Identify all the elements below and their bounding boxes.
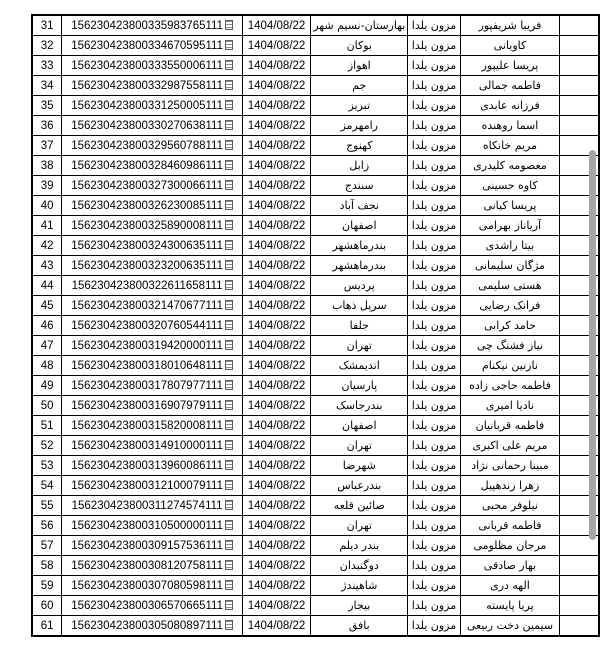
row-number-cell: 37 — [32, 136, 62, 156]
row-number-cell: 46 — [32, 316, 62, 336]
row-number-cell: 52 — [32, 436, 62, 456]
row-number-cell: 53 — [32, 456, 62, 476]
brand-cell: مزون یلدا — [408, 136, 460, 156]
unknown-glyph-icon — [225, 100, 233, 110]
date-cell: 1404/08/22 — [242, 576, 310, 596]
table-row: 37 156230423800329560788111 1404/08/22 ک… — [32, 136, 599, 156]
brand-cell: مزون یلدا — [408, 15, 460, 36]
date-cell: 1404/08/22 — [242, 136, 310, 156]
tracking-id-cell: 156230423800311274574111 — [62, 496, 243, 516]
unknown-glyph-icon — [225, 480, 233, 490]
city-cell: بوکان — [311, 36, 408, 56]
name-cell: نیاز فشنگ چی — [460, 336, 560, 356]
city-cell: اندیمشک — [311, 356, 408, 376]
table-row: 52 156230423800314910000111 1404/08/22 ت… — [32, 436, 599, 456]
tracking-id-cell: 156230423800309157536111 — [62, 536, 243, 556]
unknown-glyph-icon — [225, 220, 233, 230]
row-number-cell: 50 — [32, 396, 62, 416]
date-cell: 1404/08/22 — [242, 236, 310, 256]
name-cell: فاطمه جمالی — [460, 76, 560, 96]
row-number-cell: 45 — [32, 296, 62, 316]
city-cell: تبریز — [311, 96, 408, 116]
date-cell: 1404/08/22 — [242, 496, 310, 516]
unknown-glyph-icon — [225, 500, 233, 510]
city-cell: بندرماهشهر — [311, 236, 408, 256]
unknown-glyph-icon — [225, 360, 233, 370]
row-number-cell: 55 — [32, 496, 62, 516]
name-cell: نادیا امیری — [460, 396, 560, 416]
table-row: 47 156230423800319420000111 1404/08/22 ت… — [32, 336, 599, 356]
city-cell: بندرماهشهر — [311, 256, 408, 276]
unknown-glyph-icon — [225, 240, 233, 250]
brand-cell: مزون یلدا — [408, 256, 460, 276]
unknown-glyph-icon — [225, 440, 233, 450]
unknown-glyph-icon — [225, 20, 233, 30]
name-cell: فاطمه قربانی — [460, 516, 560, 536]
extra-cell — [560, 576, 599, 596]
name-cell: فرزانه عابدی — [460, 96, 560, 116]
row-number-cell: 58 — [32, 556, 62, 576]
tracking-id-cell: 156230423800315820008111 — [62, 416, 243, 436]
row-number-cell: 35 — [32, 96, 62, 116]
tracking-id-cell: 156230423800310500000111 — [62, 516, 243, 536]
unknown-glyph-icon — [225, 160, 233, 170]
unknown-glyph-icon — [225, 280, 233, 290]
unknown-glyph-icon — [225, 460, 233, 470]
name-cell: مریم خانکاه — [460, 136, 560, 156]
name-cell: نازنین نیکنام — [460, 356, 560, 376]
name-cell: الهه دری — [460, 576, 560, 596]
row-number-cell: 44 — [32, 276, 62, 296]
date-cell: 1404/08/22 — [242, 456, 310, 476]
tracking-id-cell: 156230423800307080598111 — [62, 576, 243, 596]
city-cell: سنندج — [311, 176, 408, 196]
date-cell: 1404/08/22 — [242, 276, 310, 296]
date-cell: 1404/08/22 — [242, 616, 310, 637]
date-cell: 1404/08/22 — [242, 516, 310, 536]
city-cell: بندرجاسک — [311, 396, 408, 416]
brand-cell: مزون یلدا — [408, 56, 460, 76]
table-row: 44 156230423800322611658111 1404/08/22 پ… — [32, 276, 599, 296]
brand-cell: مزون یلدا — [408, 516, 460, 536]
brand-cell: مزون یلدا — [408, 356, 460, 376]
row-number-cell: 59 — [32, 576, 62, 596]
table-row: 35 156230423800331250005111 1404/08/22 ت… — [32, 96, 599, 116]
tracking-id-cell: 156230423800313960086111 — [62, 456, 243, 476]
unknown-glyph-icon — [225, 120, 233, 130]
tracking-id-cell: 156230423800332987558111 — [62, 76, 243, 96]
table-row: 55 156230423800311274574111 1404/08/22 ص… — [32, 496, 599, 516]
extra-cell — [560, 556, 599, 576]
row-number-cell: 43 — [32, 256, 62, 276]
unknown-glyph-icon — [225, 420, 233, 430]
unknown-glyph-icon — [225, 580, 233, 590]
city-cell: شاهیندژ — [311, 576, 408, 596]
row-number-cell: 57 — [32, 536, 62, 556]
unknown-glyph-icon — [225, 340, 233, 350]
table-row: 60 156230423800306570665111 1404/08/22 ب… — [32, 596, 599, 616]
table-row: 39 156230423800327300066111 1404/08/22 س… — [32, 176, 599, 196]
city-cell: جلفا — [311, 316, 408, 336]
name-cell: حامد کرابی — [460, 316, 560, 336]
name-cell: کاوه حسینی — [460, 176, 560, 196]
brand-cell: مزون یلدا — [408, 396, 460, 416]
brand-cell: مزون یلدا — [408, 476, 460, 496]
brand-cell: مزون یلدا — [408, 196, 460, 216]
table-row: 49 156230423800317807977111 1404/08/22 پ… — [32, 376, 599, 396]
date-cell: 1404/08/22 — [242, 536, 310, 556]
tracking-id-cell: 156230423800320760544111 — [62, 316, 243, 336]
extra-cell — [560, 616, 599, 637]
row-number-cell: 51 — [32, 416, 62, 436]
unknown-glyph-icon — [225, 180, 233, 190]
tracking-id-cell: 156230423800327300066111 — [62, 176, 243, 196]
row-number-cell: 61 — [32, 616, 62, 637]
unknown-glyph-icon — [225, 40, 233, 50]
date-cell: 1404/08/22 — [242, 156, 310, 176]
brand-cell: مزون یلدا — [408, 536, 460, 556]
row-number-cell: 34 — [32, 76, 62, 96]
date-cell: 1404/08/22 — [242, 56, 310, 76]
name-cell: کاویانی — [460, 36, 560, 56]
city-cell: نجف آباد — [311, 196, 408, 216]
tracking-id-cell: 156230423800331250005111 — [62, 96, 243, 116]
row-number-cell: 47 — [32, 336, 62, 356]
city-cell: سرپل ذهاب — [311, 296, 408, 316]
tracking-id-cell: 156230423800317807977111 — [62, 376, 243, 396]
unknown-glyph-icon — [225, 200, 233, 210]
table-row: 38 156230423800328460986111 1404/08/22 ز… — [32, 156, 599, 176]
table-row: 32 156230423800334670595111 1404/08/22 ب… — [32, 36, 599, 56]
name-cell: زهرا زندهپیل — [460, 476, 560, 496]
city-cell: دوگنبدان — [311, 556, 408, 576]
name-cell: معصومه کلیدری — [460, 156, 560, 176]
name-cell: مرجان مظلومی — [460, 536, 560, 556]
unknown-glyph-icon — [225, 560, 233, 570]
name-cell: بیتا راشدی — [460, 236, 560, 256]
tracking-id-cell: 156230423800328460986111 — [62, 156, 243, 176]
tracking-id-cell: 156230423800319420000111 — [62, 336, 243, 356]
row-number-cell: 42 — [32, 236, 62, 256]
brand-cell: مزون یلدا — [408, 436, 460, 456]
city-cell: اصفهان — [311, 216, 408, 236]
row-number-cell: 31 — [32, 15, 62, 36]
unknown-glyph-icon — [225, 140, 233, 150]
extra-cell — [560, 56, 599, 76]
table-row: 34 156230423800332987558111 1404/08/22 ج… — [32, 76, 599, 96]
name-cell: پریسا علیپور — [460, 56, 560, 76]
date-cell: 1404/08/22 — [242, 216, 310, 236]
name-cell: اسما روهنده — [460, 116, 560, 136]
row-number-cell: 54 — [32, 476, 62, 496]
tracking-id-cell: 156230423800306570665111 — [62, 596, 243, 616]
date-cell: 1404/08/22 — [242, 196, 310, 216]
table-row: 53 156230423800313960086111 1404/08/22 ش… — [32, 456, 599, 476]
date-cell: 1404/08/22 — [242, 15, 310, 36]
table-row: 57 156230423800309157536111 1404/08/22 ب… — [32, 536, 599, 556]
tracking-id-cell: 156230423800333550006111 — [62, 56, 243, 76]
city-cell: بافق — [311, 616, 408, 637]
city-cell: پردیس — [311, 276, 408, 296]
date-cell: 1404/08/22 — [242, 336, 310, 356]
tracking-id-cell: 156230423800323200635111 — [62, 256, 243, 276]
row-number-cell: 33 — [32, 56, 62, 76]
unknown-glyph-icon — [225, 380, 233, 390]
brand-cell: مزون یلدا — [408, 496, 460, 516]
row-number-cell: 32 — [32, 36, 62, 56]
table-row: 31 156230423800335983765111 1404/08/22 ب… — [32, 15, 599, 36]
tracking-id-cell: 156230423800329560788111 — [62, 136, 243, 156]
brand-cell: مزون یلدا — [408, 96, 460, 116]
records-table-wrap: 31 156230423800335983765111 1404/08/22 ب… — [31, 14, 600, 637]
unknown-glyph-icon — [225, 60, 233, 70]
brand-cell: مزون یلدا — [408, 176, 460, 196]
date-cell: 1404/08/22 — [242, 256, 310, 276]
table-row: 48 156230423800318010648111 1404/08/22 ا… — [32, 356, 599, 376]
brand-cell: مزون یلدا — [408, 116, 460, 136]
extra-cell — [560, 96, 599, 116]
extra-cell — [560, 36, 599, 56]
table-row: 42 156230423800324300635111 1404/08/22 ب… — [32, 236, 599, 256]
city-cell: تهران — [311, 336, 408, 356]
name-cell: بهار صادقی — [460, 556, 560, 576]
city-cell: کهنوج — [311, 136, 408, 156]
tracking-id-cell: 156230423800334670595111 — [62, 36, 243, 56]
tracking-id-cell: 156230423800335983765111 — [62, 15, 243, 36]
brand-cell: مزون یلدا — [408, 36, 460, 56]
extra-cell — [560, 76, 599, 96]
table-row: 58 156230423800308120758111 1404/08/22 د… — [32, 556, 599, 576]
city-cell: جم — [311, 76, 408, 96]
extra-cell — [560, 596, 599, 616]
table-row: 43 156230423800323200635111 1404/08/22 ب… — [32, 256, 599, 276]
date-cell: 1404/08/22 — [242, 416, 310, 436]
unknown-glyph-icon — [225, 80, 233, 90]
name-cell: هستی سلیمی — [460, 276, 560, 296]
tracking-id-cell: 156230423800322611658111 — [62, 276, 243, 296]
unknown-glyph-icon — [225, 400, 233, 410]
city-cell: صائین قلعه — [311, 496, 408, 516]
table-row: 40 156230423800326230085111 1404/08/22 ن… — [32, 196, 599, 216]
city-cell: اهواز — [311, 56, 408, 76]
row-number-cell: 49 — [32, 376, 62, 396]
date-cell: 1404/08/22 — [242, 376, 310, 396]
city-cell: بندرعباس — [311, 476, 408, 496]
brand-cell: مزون یلدا — [408, 76, 460, 96]
tracking-id-cell: 156230423800316907979111 — [62, 396, 243, 416]
brand-cell: مزون یلدا — [408, 376, 460, 396]
city-cell: پارسیان — [311, 376, 408, 396]
row-number-cell: 41 — [32, 216, 62, 236]
row-number-cell: 48 — [32, 356, 62, 376]
name-cell: سیمین دخت ربیعی — [460, 616, 560, 637]
date-cell: 1404/08/22 — [242, 596, 310, 616]
city-cell: اصفهان — [311, 416, 408, 436]
unknown-glyph-icon — [225, 600, 233, 610]
name-cell: مژگان سلیمانی — [460, 256, 560, 276]
city-cell: بندر دیلم — [311, 536, 408, 556]
brand-cell: مزون یلدا — [408, 316, 460, 336]
name-cell: فاطمه حاجی زاده — [460, 376, 560, 396]
tracking-id-cell: 156230423800305080897111 — [62, 616, 243, 637]
name-cell: پریسا کیانی — [460, 196, 560, 216]
city-cell: شهرضا — [311, 456, 408, 476]
tracking-id-cell: 156230423800314910000111 — [62, 436, 243, 456]
brand-cell: مزون یلدا — [408, 336, 460, 356]
name-cell: نیلوفر محبی — [460, 496, 560, 516]
brand-cell: مزون یلدا — [408, 596, 460, 616]
name-cell: پریا پایسته — [460, 596, 560, 616]
tracking-id-cell: 156230423800312100079111 — [62, 476, 243, 496]
table-row: 61 156230423800305080897111 1404/08/22 ب… — [32, 616, 599, 637]
unknown-glyph-icon — [225, 520, 233, 530]
city-cell: تهران — [311, 436, 408, 456]
unknown-glyph-icon — [225, 300, 233, 310]
unknown-glyph-icon — [225, 320, 233, 330]
brand-cell: مزون یلدا — [408, 216, 460, 236]
vertical-scrollbar-thumb[interactable] — [589, 150, 596, 540]
tracking-id-cell: 156230423800324300635111 — [62, 236, 243, 256]
date-cell: 1404/08/22 — [242, 96, 310, 116]
row-number-cell: 38 — [32, 156, 62, 176]
name-cell: مریم علی اکبری — [460, 436, 560, 456]
page: 31 156230423800335983765111 1404/08/22 ب… — [0, 0, 600, 648]
brand-cell: مزون یلدا — [408, 556, 460, 576]
table-row: 36 156230423800330270638111 1404/08/22 ر… — [32, 116, 599, 136]
name-cell: فاطمه قربانیان — [460, 416, 560, 436]
name-cell: آریاناز بهرامی — [460, 216, 560, 236]
date-cell: 1404/08/22 — [242, 176, 310, 196]
city-cell: رامهرمز — [311, 116, 408, 136]
unknown-glyph-icon — [225, 260, 233, 270]
brand-cell: مزون یلدا — [408, 616, 460, 637]
city-cell: زابل — [311, 156, 408, 176]
tracking-id-cell: 156230423800318010648111 — [62, 356, 243, 376]
date-cell: 1404/08/22 — [242, 76, 310, 96]
table-row: 41 156230423800325890008111 1404/08/22 ا… — [32, 216, 599, 236]
date-cell: 1404/08/22 — [242, 436, 310, 456]
row-number-cell: 56 — [32, 516, 62, 536]
unknown-glyph-icon — [225, 620, 233, 630]
row-number-cell: 60 — [32, 596, 62, 616]
city-cell: تهران — [311, 516, 408, 536]
brand-cell: مزون یلدا — [408, 276, 460, 296]
table-row: 51 156230423800315820008111 1404/08/22 ا… — [32, 416, 599, 436]
date-cell: 1404/08/22 — [242, 356, 310, 376]
unknown-glyph-icon — [225, 540, 233, 550]
date-cell: 1404/08/22 — [242, 556, 310, 576]
table-row: 33 156230423800333550006111 1404/08/22 ا… — [32, 56, 599, 76]
city-cell: بهارستان-نسیم شهر — [311, 15, 408, 36]
name-cell: فرانک رضایی — [460, 296, 560, 316]
tracking-id-cell: 156230423800325890008111 — [62, 216, 243, 236]
row-number-cell: 39 — [32, 176, 62, 196]
name-cell: مبینا رحمانی نژاد — [460, 456, 560, 476]
date-cell: 1404/08/22 — [242, 36, 310, 56]
brand-cell: مزون یلدا — [408, 236, 460, 256]
table-row: 56 156230423800310500000111 1404/08/22 ت… — [32, 516, 599, 536]
brand-cell: مزون یلدا — [408, 456, 460, 476]
tracking-id-cell: 156230423800326230085111 — [62, 196, 243, 216]
city-cell: بیجار — [311, 596, 408, 616]
date-cell: 1404/08/22 — [242, 316, 310, 336]
table-row: 50 156230423800316907979111 1404/08/22 ب… — [32, 396, 599, 416]
row-number-cell: 40 — [32, 196, 62, 216]
tracking-id-cell: 156230423800321470677111 — [62, 296, 243, 316]
tracking-id-cell: 156230423800330270638111 — [62, 116, 243, 136]
records-table: 31 156230423800335983765111 1404/08/22 ب… — [31, 14, 600, 637]
brand-cell: مزون یلدا — [408, 296, 460, 316]
table-row: 45 156230423800321470677111 1404/08/22 س… — [32, 296, 599, 316]
date-cell: 1404/08/22 — [242, 396, 310, 416]
date-cell: 1404/08/22 — [242, 296, 310, 316]
tracking-id-cell: 156230423800308120758111 — [62, 556, 243, 576]
brand-cell: مزون یلدا — [408, 156, 460, 176]
brand-cell: مزون یلدا — [408, 576, 460, 596]
name-cell: فریبا شریفپور — [460, 15, 560, 36]
table-row: 54 156230423800312100079111 1404/08/22 ب… — [32, 476, 599, 496]
date-cell: 1404/08/22 — [242, 476, 310, 496]
table-row: 59 156230423800307080598111 1404/08/22 ش… — [32, 576, 599, 596]
extra-cell — [560, 15, 599, 36]
brand-cell: مزون یلدا — [408, 416, 460, 436]
table-row: 46 156230423800320760544111 1404/08/22 ج… — [32, 316, 599, 336]
extra-cell — [560, 116, 599, 136]
date-cell: 1404/08/22 — [242, 116, 310, 136]
row-number-cell: 36 — [32, 116, 62, 136]
